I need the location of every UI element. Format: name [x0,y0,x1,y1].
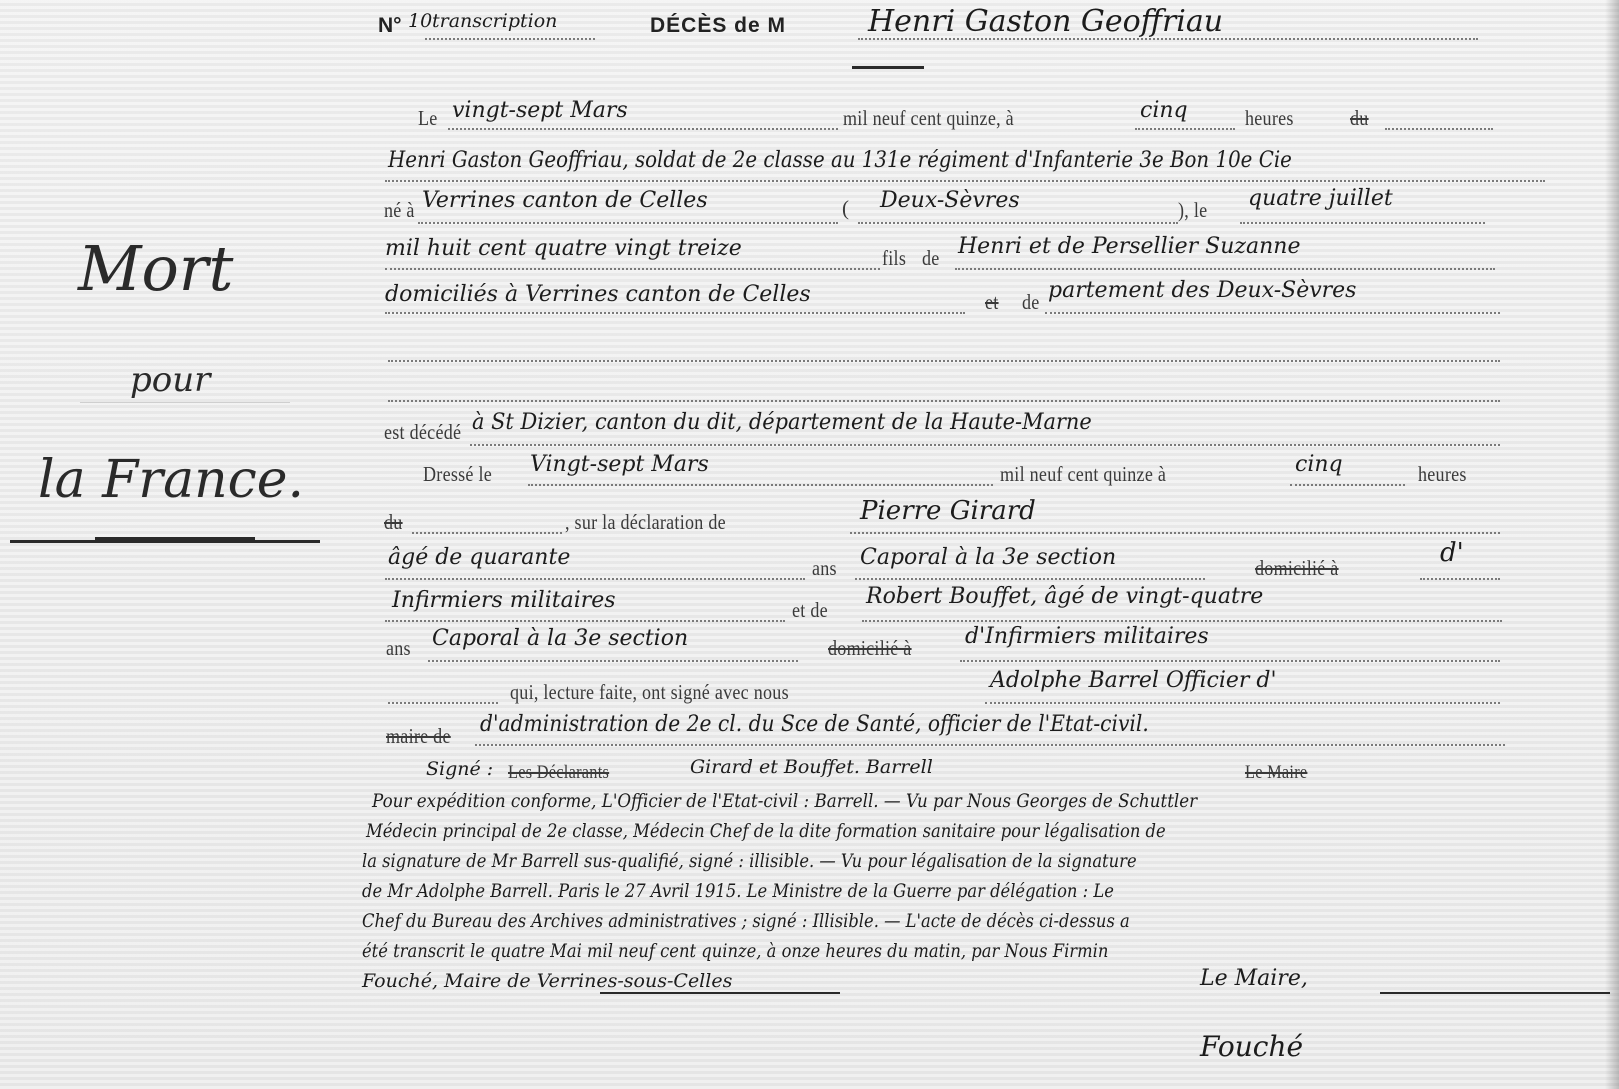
dotted-line [385,578,805,580]
annotation-line-1: Pour expédition conforme, L'Officier de … [372,790,1197,812]
dotted-line [1420,578,1500,580]
declarant-2-role: Caporal à la 3e section [432,626,688,651]
printed-est-decede: est décédé [384,420,461,445]
domicile: domiciliés à Verrines canton de Celles [385,282,811,307]
mayor-signature: Fouché [1200,1030,1303,1063]
closing-rule-2 [1380,992,1610,994]
declarant-2-name-age: Robert Bouffet, âgé de vingt-quatre [866,584,1263,609]
declarant-1-unit-start: d' [1440,538,1464,568]
dotted-line [385,312,965,314]
birth-department: Deux-Sèvres [880,188,1020,213]
struck-maire-de: maire de [386,724,451,749]
signed-prefix: Signé : [426,758,493,780]
margin-mort: Mort [78,232,233,305]
margin-underline-heavy [95,537,255,541]
declarant-1-unit: Infirmiers militaires [392,588,616,613]
printed-le: Le [418,106,438,131]
domicile-department: partement des Deux-Sèvres [1048,278,1356,303]
printed-ne-a: né à [384,198,415,223]
deceased-name: Henri Gaston Geoffriau [868,4,1223,39]
birth-year: mil huit cent quatre vingt treize [385,236,742,261]
dotted-line [985,702,1500,704]
closing-rule-1 [600,992,840,994]
dotted-line [412,532,562,534]
hour-drawn-up: cinq [1295,452,1343,477]
declarant-1-name: Pierre Girard [860,496,1036,526]
dotted-line [528,484,993,486]
number-value: 10 [408,10,432,32]
printed-et-de: et de [792,598,828,623]
printed-lecture-faite: qui, lecture faite, ont signé avec nous [510,680,789,705]
printed-ans-2: ans [386,636,411,661]
blank-line-1 [388,360,1500,362]
birth-date: quatre juillet [1248,186,1393,211]
dotted-line [470,444,1500,446]
blank-line-2 [388,400,1500,402]
struck-du: du [1350,106,1369,131]
dotted-line [955,268,1495,270]
le-maire-label: Le Maire, [1200,966,1308,991]
margin-la-france: la France. [38,450,304,510]
printed-sur-declaration: , sur la déclaration de [565,510,726,535]
struck-domicilie: domicilié à [1255,556,1339,581]
dotted-line [850,532,1500,534]
birthplace: Verrines canton de Celles [422,188,708,213]
struck-domicilie-2: domicilié à [828,636,912,661]
printed-de: de [922,246,940,271]
dotted-line [862,620,1502,622]
struck-les-declarants: Les Déclarants [508,762,609,784]
signed-names: Girard et Bouffet. Barrell [690,756,933,778]
dotted-line [858,222,1178,224]
dotted-line [428,660,798,662]
printed-heures-2: heures [1418,462,1467,487]
dotted-line [1290,484,1405,486]
transcription-note: transcription [432,10,557,32]
printed-dresse-le: Dressé le [423,462,492,487]
soldier-identity: Henri Gaston Geoffriau, soldat de 2e cla… [388,148,1292,173]
number-label: N° [378,14,402,38]
date-of-death: vingt-sept Mars [452,98,628,123]
printed-year-2: mil neuf cent quinze à [1000,462,1166,487]
dotted-line [960,660,1500,662]
annotation-last-line: Fouché, Maire de Verrines-sous-Celles [362,970,732,992]
page-edge-shadow [1605,0,1619,1089]
dotted-line [385,180,1545,182]
margin-rule [80,402,290,403]
title-underline [852,66,924,69]
struck-et: et [985,290,999,315]
dotted-line [1045,312,1500,314]
dotted-line [385,620,785,622]
dotted-line [1240,222,1485,224]
printed-ans: ans [812,556,837,581]
title-deces: DÉCÈS de M [650,14,786,38]
officer-name: Adolphe Barrel Officier d' [990,668,1277,693]
printed-le-2: ), le [1178,198,1207,223]
printed-heures: heures [1245,106,1294,131]
paren-open: ( [842,196,849,221]
annotation-line-5: Chef du Bureau des Archives administrati… [362,910,1130,932]
declarant-1-age: âgé de quarante [388,545,570,570]
struck-du-2: du [384,510,403,535]
declarant-1-role: Caporal à la 3e section [860,545,1116,570]
printed-year: mil neuf cent quinze, à [843,106,1014,131]
hour-of-death: cinq [1140,98,1188,123]
dotted-line [448,128,838,130]
dotted-line [1135,128,1235,130]
name-dotted-line [858,38,1478,40]
dotted-line [418,222,838,224]
printed-fils: fils [882,246,906,271]
annotation-line-3: la signature de Mr Barrell sus-qualifié,… [362,850,1137,872]
annotation-line-6: été transcrit le quatre Mai mil neuf cen… [362,940,1108,962]
place-of-death: à St Dizier, canton du dit, département … [472,410,1092,435]
printed-de-2: de [1022,290,1040,315]
officer-title: d'administration de 2e cl. du Sce de San… [480,712,1149,737]
number-dotted-line [425,38,595,40]
date-drawn-up: Vingt-sept Mars [530,452,709,477]
struck-le-maire: Le Maire [1245,762,1307,784]
dotted-line [855,578,1205,580]
dotted-line [388,702,498,704]
margin-pour: pour [130,360,210,400]
declarant-2-unit: d'Infirmiers militaires [965,624,1209,649]
annotation-line-2: Médecin principal de 2e classe, Médecin … [366,820,1166,842]
dotted-line [385,268,880,270]
dotted-line [475,744,1505,746]
annotation-line-4: de Mr Adolphe Barrell. Paris le 27 Avril… [362,880,1114,902]
dotted-line [1385,128,1493,130]
parents-names: Henri et de Persellier Suzanne [958,234,1300,259]
